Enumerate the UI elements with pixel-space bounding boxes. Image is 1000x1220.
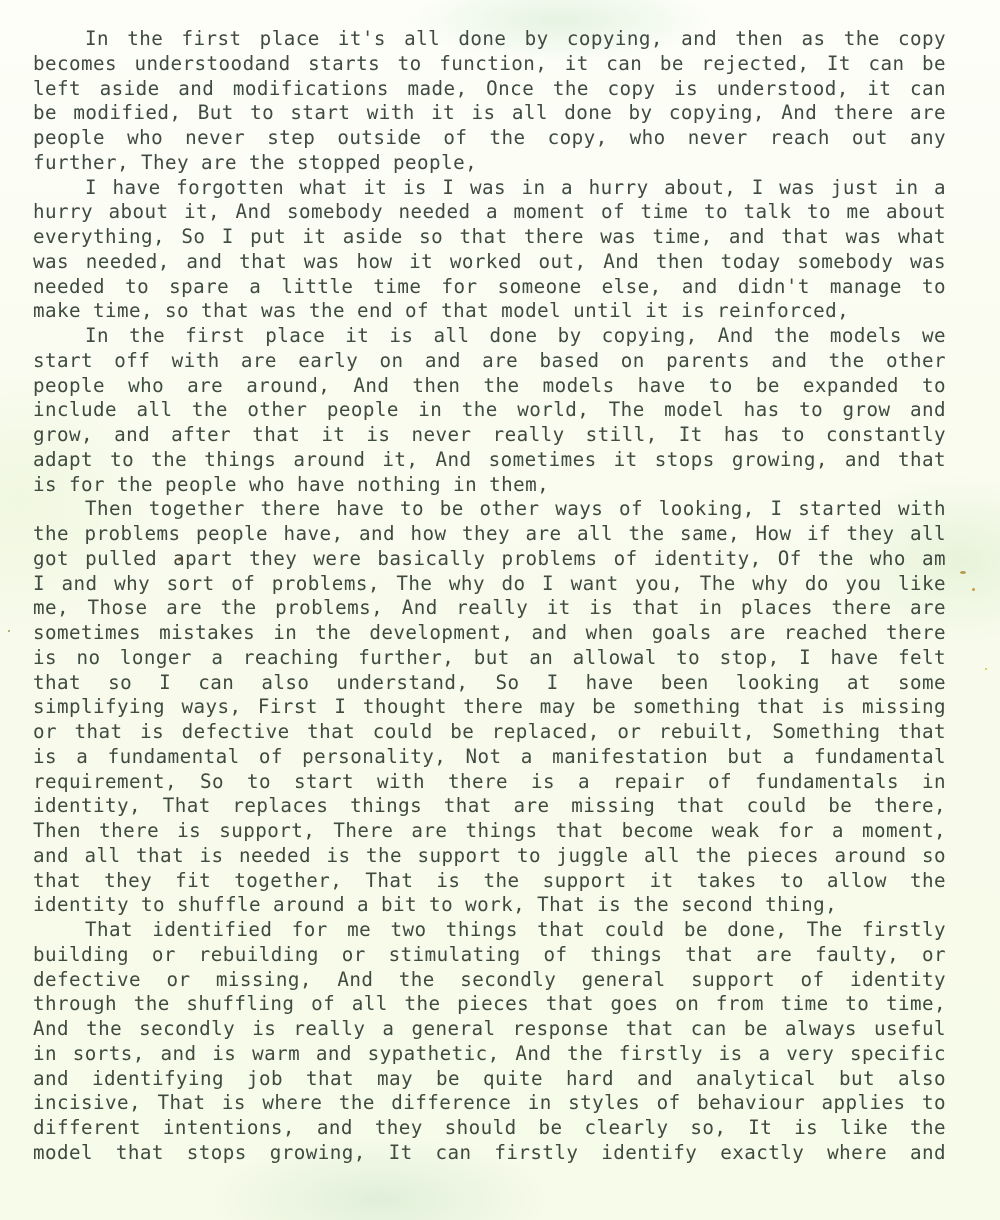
ink-speck [972,588,975,591]
text-line: is a fundamental of personality, Not a m… [33,745,946,770]
text-line: in sorts, and is warm and sypathetic, An… [33,1042,946,1067]
text-line: is for the people who have nothing in th… [33,473,946,498]
text-line: grow, and after that it is never really … [33,423,946,448]
text-line: identity, That replaces things that are … [33,794,946,819]
text-line: sometimes mistakes in the development, a… [33,621,946,646]
ink-speck [985,668,987,670]
typewritten-document: In the first place it's all done by copy… [33,27,946,1166]
text-line: defective or missing, And the secondly g… [33,968,946,993]
paragraph: That identified for me two things that c… [33,918,946,1166]
ink-speck [960,571,966,574]
text-line: and identifying job that may be quite ha… [33,1067,946,1092]
paragraph: In the first place it is all done by cop… [33,324,946,497]
text-line: needed to spare a little time for someon… [33,275,946,300]
text-line: simplifying ways, First I thought there … [33,695,946,720]
text-line: people who are around, And then the mode… [33,374,946,399]
paragraph: In the first place it's all done by copy… [33,27,946,176]
text-line: that so I can also understand, So I have… [33,671,946,696]
text-line: make time, so that was the end of that m… [33,299,946,324]
text-line: That identified for me two things that c… [33,918,946,943]
text-line: Then together there have to be other way… [33,497,946,522]
text-line: left aside and modifications made, Once … [33,77,946,102]
text-line: the problems people have, and how they a… [33,522,946,547]
text-line: requirement, So to start with there is a… [33,770,946,795]
text-line: start off with are early on and are base… [33,349,946,374]
text-line: and all that is needed is the support to… [33,844,946,869]
text-line: different intentions, and they should be… [33,1116,946,1141]
text-line: include all the other people in the worl… [33,398,946,423]
text-line: is no longer a reaching further, but an … [33,646,946,671]
text-line: people who never step outside of the cop… [33,126,946,151]
paragraph: Then together there have to be other way… [33,497,946,918]
paragraph: I have forgotten what it is I was in a h… [33,176,946,325]
text-line: adapt to the things around it, And somet… [33,448,946,473]
text-line: me, Those are the problems, And really i… [33,596,946,621]
text-line: hurry about it, And somebody needed a mo… [33,200,946,225]
text-line: got pulled apart they were basically pro… [33,547,946,572]
text-line: And the secondly is really a general res… [33,1017,946,1042]
text-line: I have forgotten what it is I was in a h… [33,176,946,201]
text-line: or that is defective that could be repla… [33,720,946,745]
ink-speck [8,630,10,632]
text-line: further, They are the stopped people, [33,151,946,176]
text-line: becomes understoodand starts to function… [33,52,946,77]
text-line: Then there is support, There are things … [33,819,946,844]
text-line: everything, So I put it aside so that th… [33,225,946,250]
text-line: In the first place it's all done by copy… [33,27,946,52]
text-line: In the first place it is all done by cop… [33,324,946,349]
text-line: identity to shuffle around a bit to work… [33,893,946,918]
text-line: model that stops growing, It can firstly… [33,1141,946,1166]
text-line: was needed, and that was how it worked o… [33,250,946,275]
text-line: be modified, But to start with it is all… [33,101,946,126]
text-line: I and why sort of problems, The why do I… [33,572,946,597]
text-line: through the shuffling of all the pieces … [33,992,946,1017]
text-line: incisive, That is where the difference i… [33,1091,946,1116]
text-line: that they fit together, That is the supp… [33,869,946,894]
text-line: building or rebuilding or stimulating of… [33,943,946,968]
